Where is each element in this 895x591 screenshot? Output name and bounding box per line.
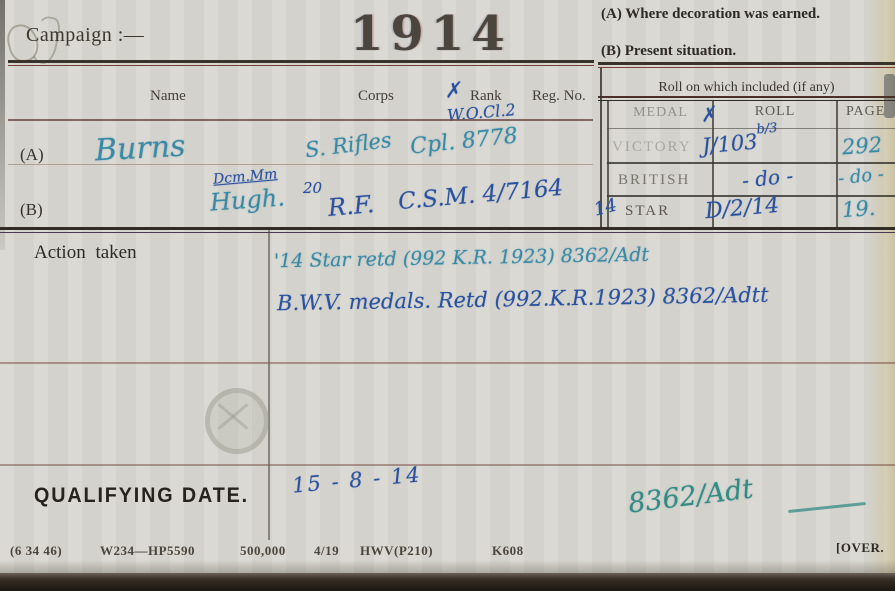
medal-row-british: BRITISH — [618, 172, 690, 189]
victory-roll-sup: b/3 — [756, 121, 778, 138]
scan-fade-bottom — [0, 560, 895, 573]
action-taken-label: Action taken — [34, 242, 137, 264]
medal-index-card: Campaign :— 1914 (A) Where decoration wa… — [0, 0, 895, 591]
roll-table-title: Roll on which included (if any) — [598, 80, 895, 96]
rule-section-1 — [0, 362, 895, 364]
qualifying-date-value: 15 - 8 - 14 — [291, 462, 422, 497]
footer-code-2: W234—HP5590 — [100, 543, 195, 559]
campaign-year: 1914 — [350, 6, 512, 62]
qualifying-date-label: QUALIFYING DATE. — [34, 484, 249, 508]
victory-page-entry: 292 — [841, 133, 883, 160]
over-label: [OVER. — [836, 540, 884, 556]
footer-code-4: 4/19 — [314, 543, 339, 559]
rank-insert-mark: ✗ — [442, 77, 462, 103]
row-b-rank-regno: C.S.M. 4/7164 — [397, 175, 564, 215]
reference-tail-stroke — [788, 502, 866, 513]
victory-roll-value: J/103 — [701, 130, 758, 159]
rule-roll-header — [607, 128, 895, 129]
british-roll-entry: - do - — [741, 163, 794, 192]
row-a-rank-regno: Cpl. 8778 — [409, 123, 519, 159]
row-b-name: Hugh. — [209, 183, 286, 216]
row-a-label: (A) — [20, 145, 44, 165]
rule-mid — [0, 227, 895, 233]
reference-annotation: 8362/Adt — [627, 473, 755, 519]
action-line-2: B.W.V. medals. Retd (992.K.R.1923) 8362/… — [277, 283, 769, 316]
victory-roll-entry: J/103b/3 — [701, 128, 779, 159]
action-line-1: '14 Star retd (992 K.R. 1923) 8362/Adt — [274, 244, 649, 273]
footer-code-5: HWV(P210) — [360, 543, 433, 559]
faint-stamp — [205, 388, 269, 454]
column-header-corps: Corps — [358, 88, 394, 105]
star-roll-entry: D/2/14 — [704, 193, 780, 224]
roll-col-roll: ROLL — [714, 104, 836, 120]
british-page-entry: - do - — [837, 164, 885, 190]
note-present-situation: (B) Present situation. — [601, 43, 736, 60]
medal-row-star: STAR — [625, 203, 670, 220]
row-a-corps: S. Rifles — [304, 128, 393, 162]
scan-edge-left — [0, 0, 5, 250]
column-header-name: Name — [150, 88, 186, 105]
footer-code-3: 500,000 — [240, 543, 286, 559]
rule-top-left — [8, 60, 594, 66]
rule-row-a — [8, 164, 593, 165]
row-a-name: Burns — [94, 129, 186, 169]
divider-roll-page — [836, 100, 838, 228]
star-page-entry: 19. — [841, 196, 876, 222]
rank-annotation: W.O.Cl.2 — [446, 100, 516, 125]
row-b-unit: R.F. — [327, 190, 376, 222]
rule-under-headers — [8, 119, 593, 121]
roll-col-medal: MEDAL — [609, 105, 712, 121]
row-b-label: (B) — [20, 200, 43, 220]
row-b-unit-prefix: 20 — [303, 179, 322, 197]
rule-section-2 — [0, 464, 895, 466]
scan-edge-bottom — [0, 573, 895, 591]
star-prefix: 14 — [592, 195, 619, 221]
footer-code-1: (6 34 46) — [10, 543, 62, 559]
note-where-earned: (A) Where decoration was earned. — [601, 6, 820, 23]
divider-action — [268, 230, 270, 540]
rule-victory — [607, 162, 895, 164]
medal-row-victory: VICTORY — [612, 139, 692, 156]
roll-col-page: PAGE — [846, 104, 885, 120]
rule-roll-title — [598, 96, 895, 101]
footer-code-6: K608 — [492, 543, 524, 559]
rule-top-right — [598, 62, 895, 68]
campaign-label: Campaign :— — [26, 24, 144, 47]
column-header-reg-no: Reg. No. — [532, 88, 586, 105]
